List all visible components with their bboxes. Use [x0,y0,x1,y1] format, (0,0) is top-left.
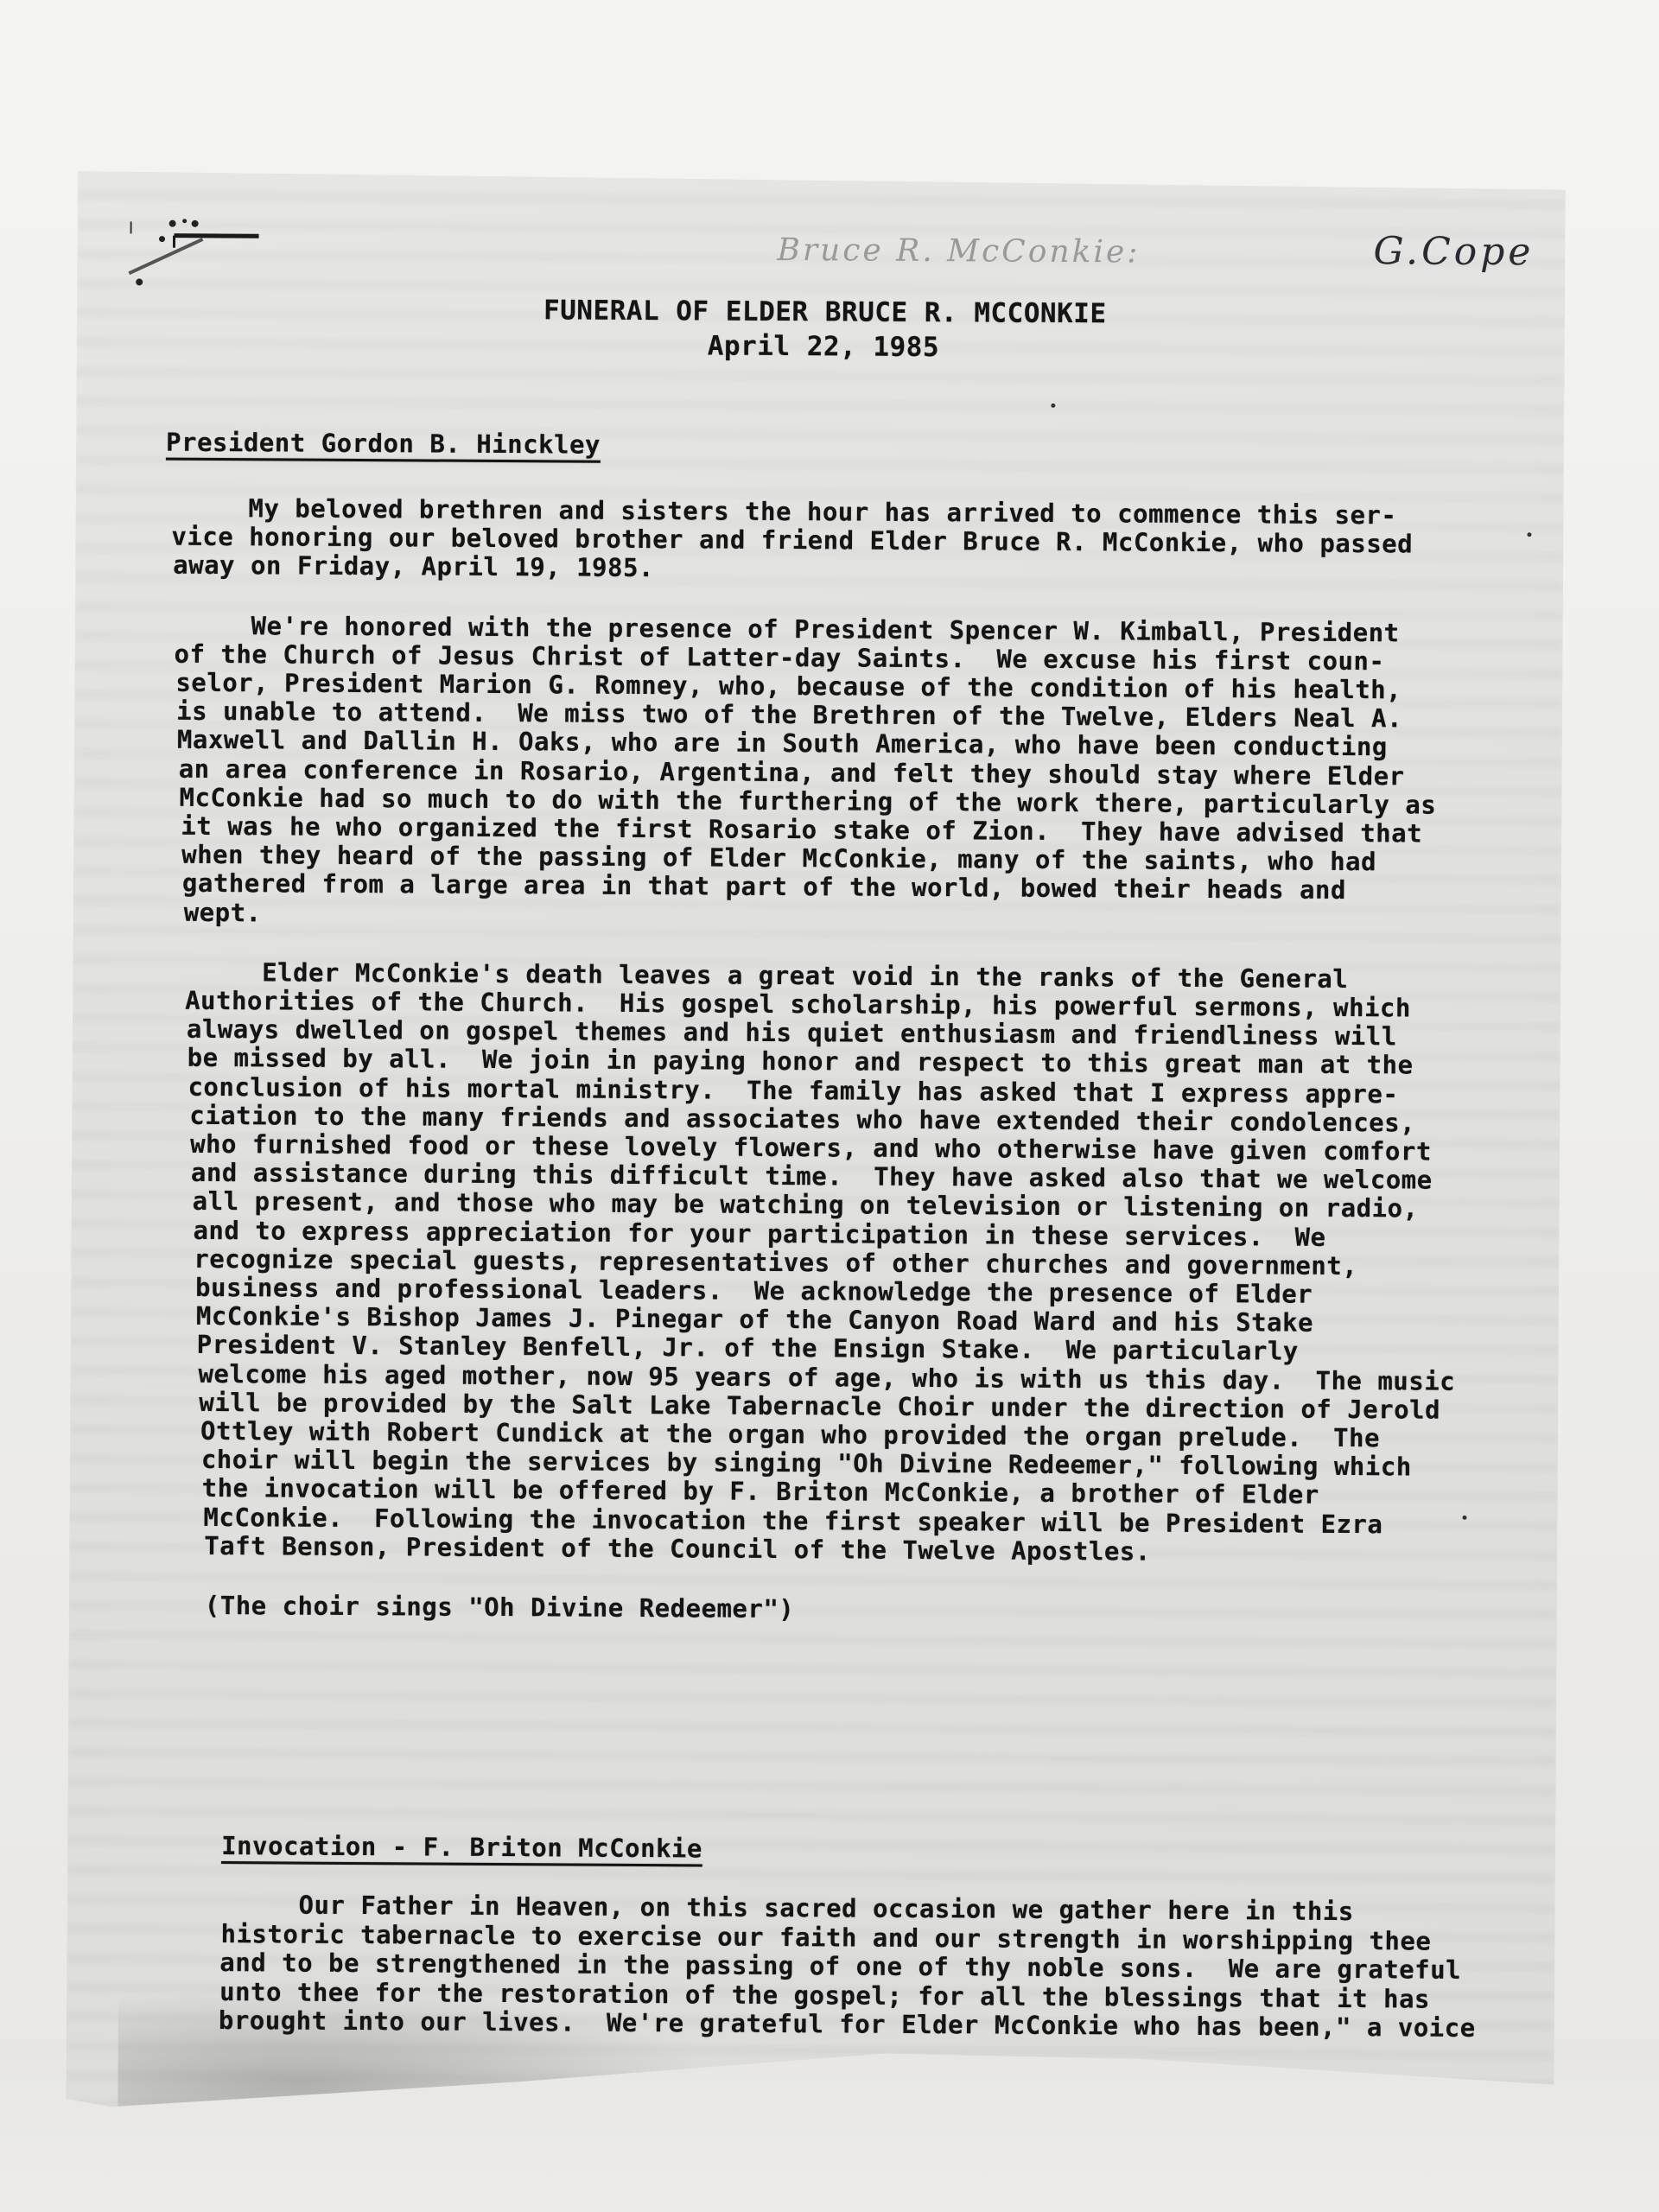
ink-speck [1051,404,1055,408]
text-line: (The choir sings "Oh Divine Redeemer") [205,1591,795,1624]
text-line: wept. [184,897,262,927]
staple-mark-icon [120,213,268,291]
section-heading-invocation: Invocation - F. Briton McConkie [221,1831,702,1863]
document-title: FUNERAL OF ELDER BRUCE R. MCCONKIE [543,295,1107,329]
document-date: April 22, 1985 [708,330,940,363]
ink-speck [1527,532,1531,537]
text-line: Taft Benson, President of the Council of… [204,1531,1151,1567]
ink-speck [1462,1516,1466,1520]
section-heading-hinckley: President Gordon B. Hinckley [166,428,601,460]
handwritten-signature: G.Cope [1373,229,1534,274]
faint-handwritten-note: Bruce R. McConkie: [777,232,1140,270]
document-sheet: Bruce R. McConkie: G.Cope FUNERAL OF ELD… [66,171,1566,2115]
text-line: away on Friday, April 19, 1985. [173,550,654,582]
